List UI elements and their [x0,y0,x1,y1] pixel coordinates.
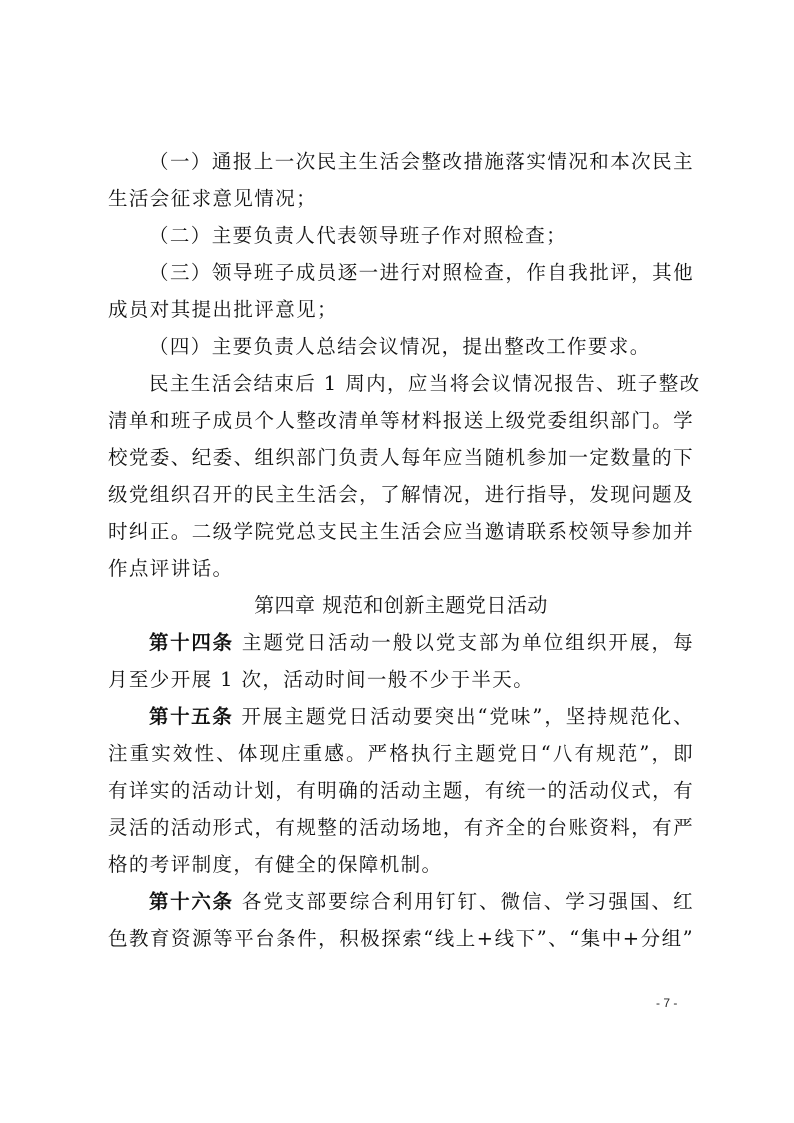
article-text: 主题党日活动一般以党支部为单位组织开展，每 [242,631,694,654]
list-item-2-line-1: （二）主要负责人代表领导班子作对照检查； [108,217,694,254]
article-label: 第十四条 [149,631,234,654]
list-item-3-line-2: 成员对其提出批评意见； [108,291,694,328]
article-14-line-1: 第十四条 主题党日活动一般以党支部为单位组织开展，每 [108,624,694,661]
paragraph-line-5: 时纠正。二级学院党总支民主生活会应当邀请联系校领导参加并 [108,513,694,550]
article-text: 开展主题党日活动要突出“党味”，坚持规范化、 [241,705,694,728]
list-item-text: 主要负责人代表领导班子作对照检查； [212,224,567,247]
paragraph-line-4: 级党组织召开的民主生活会，了解情况，进行指导，发现问题及 [108,476,694,513]
list-item-1-line-1: （一）通报上一次民主生活会整改措施落实情况和本次民主 [108,143,694,180]
article-16-line-2: 色教育资源等平台条件，积极探索“线上+线下”、“集中+分组” [108,920,694,957]
list-item-prefix: （三） [149,261,212,284]
article-15-line-5: 格的考评制度，有健全的保障机制。 [108,846,694,883]
list-item-prefix: （四） [149,335,212,358]
list-item-1-line-2: 生活会征求意见情况； [108,180,694,217]
article-16-line-1: 第十六条 各党支部要综合利用钉钉、微信、学习强国、红 [108,883,694,920]
paragraph-line-1: 民主生活会结束后 1 周内，应当将会议情况报告、班子整改 [108,365,694,402]
list-item-text: 领导班子成员逐一进行对照检查，作自我批评，其他 [212,261,694,284]
chapter-heading: 第四章 规范和创新主题党日活动 [108,587,694,624]
list-item-3-line-1: （三）领导班子成员逐一进行对照检查，作自我批评，其他 [108,254,694,291]
paragraph-line-3: 校党委、纪委、组织部门负责人每年应当随机参加一定数量的下 [108,439,694,476]
article-label: 第十五条 [149,705,233,728]
article-text: 各党支部要综合利用钉钉、微信、学习强国、红 [242,890,694,913]
article-15-line-2: 注重实效性、体现庄重感。严格执行主题党日“八有规范”，即 [108,735,694,772]
list-item-4-line-1: （四）主要负责人总结会议情况，提出整改工作要求。 [108,328,694,365]
list-item-text: 通报上一次民主生活会整改措施落实情况和本次民主 [212,150,694,173]
list-item-prefix: （一） [149,150,212,173]
list-item-prefix: （二） [149,224,212,247]
list-item-text: 主要负责人总结会议情况，提出整改工作要求。 [212,335,651,358]
article-15-line-4: 灵活的活动形式，有规整的活动场地，有齐全的台账资料，有严 [108,809,694,846]
document-page: （一）通报上一次民主生活会整改措施落实情况和本次民主 生活会征求意见情况； （二… [108,143,694,957]
article-14-line-2: 月至少开展 1 次，活动时间一般不少于半天。 [108,661,694,698]
article-15-line-1: 第十五条 开展主题党日活动要突出“党味”，坚持规范化、 [108,698,694,735]
page-number: - 7 - [656,996,677,1010]
article-label: 第十六条 [149,890,234,913]
article-15-line-3: 有详实的活动计划，有明确的活动主题，有统一的活动仪式，有 [108,772,694,809]
paragraph-line-2: 清单和班子成员个人整改清单等材料报送上级党委组织部门。学 [108,402,694,439]
paragraph-line-6: 作点评讲话。 [108,550,694,587]
